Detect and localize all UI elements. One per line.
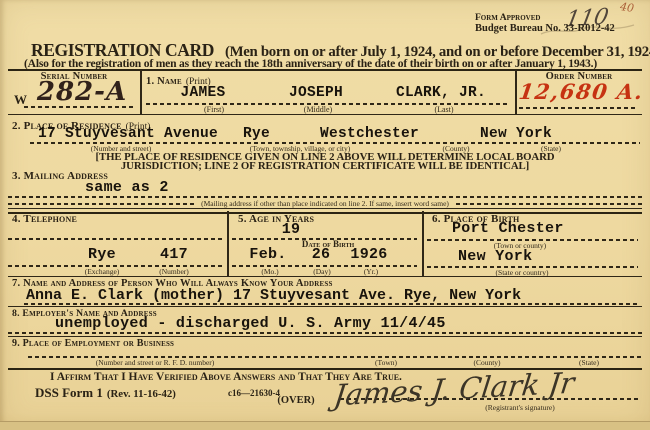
order-number-value: 12,680 A. <box>517 79 645 104</box>
contact-value: Anna E. Clark (mother) 17 Stuyvesant Ave… <box>26 287 521 304</box>
age-birth-divider <box>422 211 424 276</box>
telephone-exchange-value: Rye <box>88 246 116 263</box>
name-first-value: JAMES <box>180 85 225 101</box>
row1-bottom-rule <box>8 114 642 115</box>
form-revision-text: (Rev. 11-16-42) <box>107 388 176 400</box>
signature-sublabel: (Registrant's signature) <box>485 403 554 412</box>
mailing-footnote: (Mailing address if other than place ind… <box>196 199 454 208</box>
name-last-value: CLARK, JR. <box>396 85 486 101</box>
name-middle-value: JOSEPH <box>289 85 343 101</box>
residence-street-value: 17 Stuyvesant Avenue <box>38 126 218 142</box>
mailing-underline <box>8 196 642 198</box>
birth-day-value: 26 <box>312 246 331 263</box>
birth-month-sublabel: (Mo.) <box>261 267 278 276</box>
telephone-blank-line <box>8 238 222 240</box>
name-order-divider <box>515 70 517 115</box>
print-code-text: c16—21630-4 <box>228 388 280 398</box>
birthplace-state-value: New York <box>458 248 532 265</box>
employment-street-sublabel: (Number and street or R. F. D. number) <box>96 358 215 367</box>
form-approved-text: Form Approved <box>475 13 615 24</box>
contact-bottom-rule <box>8 306 642 307</box>
serial-name-divider <box>140 70 142 115</box>
age-value: 19 <box>282 221 301 238</box>
telephone-age-divider <box>227 211 229 276</box>
form-id-block: DSS Form 1 (Rev. 11-16-42) <box>35 384 176 402</box>
registration-card: 40 110 Form Approved Budget Bureau No. 3… <box>0 0 650 430</box>
form-id-text: DSS Form 1 <box>35 385 103 400</box>
employer-underline <box>8 332 642 334</box>
telephone-label: 4. Telephone <box>12 213 77 225</box>
over-note: (OVER) <box>277 395 314 406</box>
birth-day-sublabel: (Day) <box>313 267 331 276</box>
telephone-exchange-sublabel: (Exchange) <box>85 267 120 276</box>
name-first-sublabel: (First) <box>204 105 224 114</box>
name-last-sublabel: (Last) <box>434 105 453 114</box>
residence-town-value: Rye <box>243 126 270 142</box>
order-underline <box>519 107 638 109</box>
form-approval-block: Form Approved Budget Bureau No. 33-R012-… <box>475 13 615 34</box>
telephone-number-value: 417 <box>160 246 188 263</box>
age-label: 5. Age in Years <box>238 213 314 225</box>
employment-county-sublabel: (County) <box>473 358 500 367</box>
name-field-label-text: 1. Name <box>146 76 182 87</box>
card-bottom-edge <box>0 421 650 430</box>
budget-bureau-text: Budget Bureau No. 33-R012-42 <box>475 24 615 35</box>
birthplace-town-value: Port Chester <box>452 220 564 237</box>
residence-state-value: New York <box>480 126 552 142</box>
residence-county-value: Westchester <box>320 126 419 142</box>
employer-value: unemployed - discharged U. S. Army 11/4/… <box>55 315 446 332</box>
employment-state-sublabel: (State) <box>579 358 599 367</box>
name-middle-sublabel: (Middle) <box>304 105 332 114</box>
telephone-number-sublabel: (Number) <box>159 267 189 276</box>
corner-mark-40: 40 <box>619 0 635 15</box>
serial-number-value: 282-A <box>37 77 127 107</box>
employment-town-sublabel: (Town) <box>375 358 397 367</box>
birth-year-sublabel: (Yr.) <box>364 267 378 276</box>
contact-underline <box>24 303 640 305</box>
birth-month-value: Feb. <box>249 246 286 263</box>
band-bottom-rule <box>8 276 642 277</box>
birth-year-value: 1926 <box>350 246 387 263</box>
employer-bottom-rule <box>8 336 642 337</box>
employment-label: 9. Place of Employment or Business <box>12 338 174 349</box>
mailing-address-value: same as 2 <box>85 179 169 196</box>
section3-double-rule <box>8 208 642 214</box>
